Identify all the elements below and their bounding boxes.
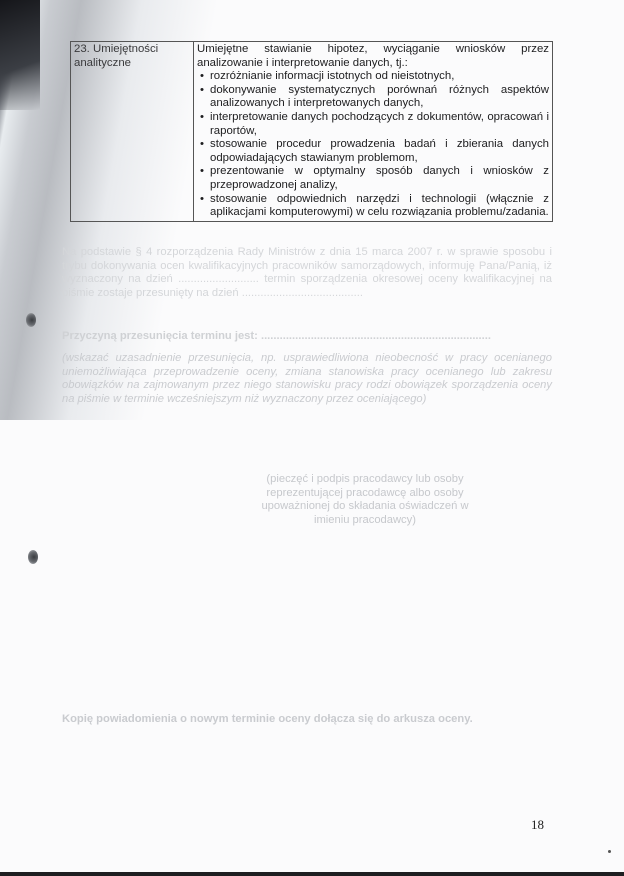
table-row: 23. Umiejętności analityczne Umiejętne s… <box>71 42 553 222</box>
skill-description-cell: Umiejętne stawianie hipotez, wyciąganie … <box>194 42 553 222</box>
bleed-through-paragraph: Na podstawie § 4 rozporządzenia Rady Min… <box>62 246 552 300</box>
page-number: 18 <box>531 817 544 833</box>
bleed-through-signature: (pieczęć i podpis pracodawcy lub osoby r… <box>245 473 485 527</box>
skill-name-cell: 23. Umiejętności analityczne <box>71 42 194 222</box>
skill-bullet-list: rozróżnianie informacji istotnych od nie… <box>197 70 549 220</box>
skill-intro: Umiejętne stawianie hipotez, wyciąganie … <box>197 43 549 70</box>
list-item: rozróżnianie informacji istotnych od nie… <box>210 70 549 84</box>
skills-table: 23. Umiejętności analityczne Umiejętne s… <box>70 41 553 222</box>
list-item: stosowanie odpowiednich narzędzi i techn… <box>210 193 549 220</box>
list-item: dokonywanie systematycznych porównań róż… <box>210 84 549 111</box>
list-item: prezentowanie w optymalny sposób danych … <box>210 165 549 192</box>
list-item: stosowanie procedur prowadzenia badań i … <box>210 138 549 165</box>
scan-bottom-edge <box>0 872 624 876</box>
bleed-through-heading: Przyczyną przesunięcia terminu jest: ...… <box>62 330 552 344</box>
list-item: interpretowanie danych pochodzących z do… <box>210 111 549 138</box>
scan-speck <box>608 850 611 853</box>
scan-dark-corner <box>0 0 40 110</box>
bleed-through-final-note: Kopię powiadomienia o nowym terminie oce… <box>62 713 552 727</box>
punch-hole <box>26 313 36 327</box>
bleed-through-explanation: (wskazać uzasadnienie przesunięcia, np. … <box>62 352 552 406</box>
punch-hole <box>28 550 38 564</box>
